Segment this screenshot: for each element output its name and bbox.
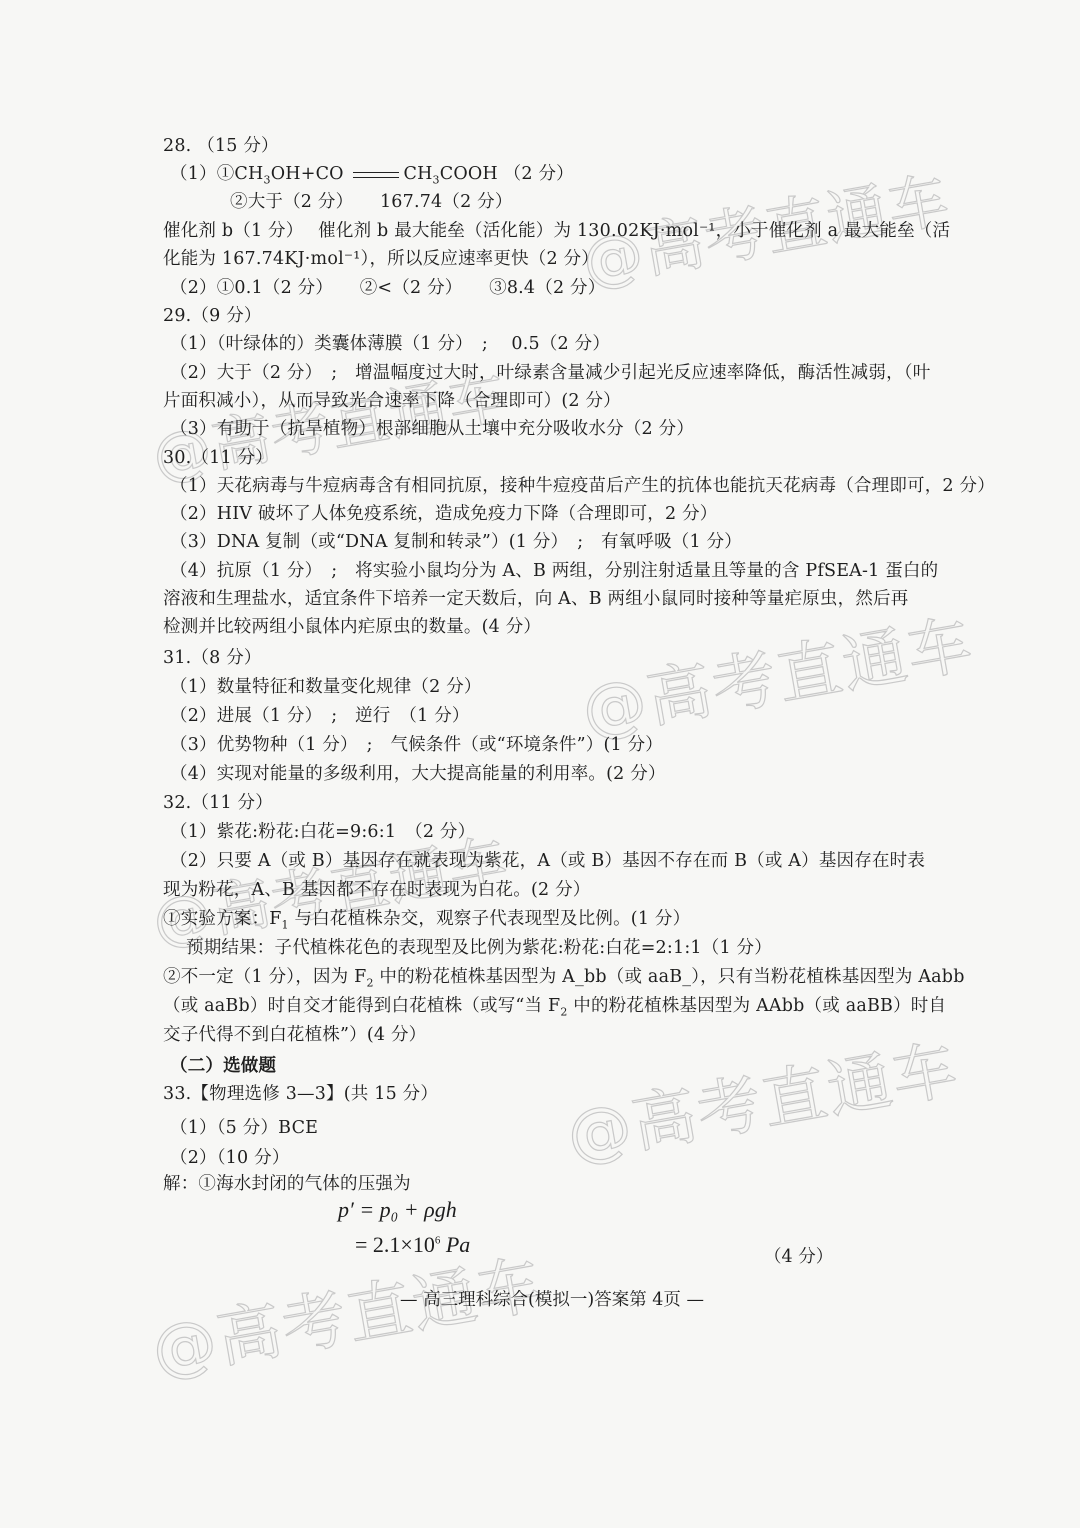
q29-part1: （1）（叶绿体的）类囊体薄膜（1 分） ; 0.5（2 分）	[170, 333, 610, 355]
q30-part1: （1）天花病毒与牛痘病毒含有相同抗原，接种牛痘疫苗后产生的抗体也能抗天花病毒（合…	[170, 475, 995, 497]
q33-score: （4 分）	[764, 1243, 833, 1268]
q32-part-b-line1: ②不一定（1 分），因为 F2 中的粉花植株基因型为 A_bb（或 aaB_），…	[163, 966, 965, 995]
equation-pressure: p′ = p₀ + ρgh	[338, 1197, 457, 1223]
q32-expected-result: 预期结果：子代植株花色的表现型及比例为紫花:粉花:白花=2:1:1（1 分）	[186, 937, 772, 959]
q33-part1: （1）（5 分）BCE	[170, 1117, 318, 1139]
q32-experiment-plan: ①实验方案：F1 与白花植株杂交，观察子代表现型及比例。(1 分）	[163, 908, 690, 937]
q31-part2: （2）进展（1 分） ; 逆行 （1 分）	[170, 705, 470, 727]
q28-catalyst-line1: 催化剂 b（1 分） 催化剂 b 最大能垒（活化能）为 130.02KJ·mol…	[163, 220, 950, 242]
q30-header: 30.（11 分）	[163, 447, 273, 469]
equation-result: = 2.1×106 Pa	[355, 1232, 470, 1258]
q30-part4-line3: 检测并比较两组小鼠体内疟原虫的数量。(4 分）	[163, 616, 541, 638]
q29-part2-line2: 片面积减小），从而导致光合速率下降（合理即可）(2 分）	[163, 390, 621, 412]
q30-part2: （2）HIV 破坏了人体免疫系统，造成免疫力下降（合理即可，2 分）	[170, 503, 718, 525]
q31-header: 31.（8 分）	[163, 647, 262, 669]
q32-part2-line2: 现为粉花，A、B 基因都不存在时表现为白花。(2 分）	[163, 879, 590, 901]
q28-header: 28. （15 分）	[163, 135, 279, 157]
q29-part3: （3）有助于（抗旱植物）根部细胞从土壤中充分吸收水分（2 分）	[170, 418, 694, 440]
q30-part3: （3）DNA 复制（或“DNA 复制和转录”）(1 分） ; 有氧呼吸（1 分）	[170, 531, 742, 553]
q33-solution-intro: 解：①海水封闭的气体的压强为	[163, 1173, 411, 1195]
q33-header: 33.【物理选修 3—3】(共 15 分）	[163, 1083, 438, 1105]
q28-part2: （2）①0.1（2 分） ②<（2 分） ③8.4（2 分）	[170, 277, 605, 299]
q28-part1-equation: （1）①CH3OH+CO CH3COOH （2 分）	[170, 163, 574, 192]
section-elective-heading: （二）选做题	[170, 1055, 276, 1077]
q30-part4-line2: 溶液和生理盐水，适宜条件下培养一定天数后，向 A、B 两组小鼠同时接种等量疟原虫…	[163, 588, 908, 610]
equilibrium-arrow-icon	[351, 168, 401, 182]
q28-catalyst-line2: 化能为 167.74KJ·mol⁻¹），所以反应速率更快（2 分）	[163, 248, 599, 270]
watermark: @高考直通车	[144, 1233, 550, 1392]
watermark: @高考直通车	[574, 593, 980, 752]
q28-part1-2: ②大于（2 分） 167.74（2 分）	[230, 191, 513, 213]
answer-sheet-page: @高考直通车 @高考直通车 @高考直通车 @高考直通车 @高考直通车 @高考直通…	[0, 0, 1080, 1528]
q32-part1: （1）紫花:粉花:白花=9:6:1 （2 分）	[170, 821, 475, 843]
q32-part2-line1: （2）只要 A（或 B）基因存在就表现为紫花，A（或 B）基因不存在而 B（或 …	[170, 850, 925, 872]
q30-part4-line1: （4）抗原（1 分） ; 将实验小鼠均分为 A、B 两组，分别注射适量且等量的含…	[170, 560, 938, 582]
q31-part1: （1）数量特征和数量变化规律（2 分）	[170, 676, 482, 698]
q33-part2: （2）（10 分）	[170, 1147, 290, 1169]
q32-part-b-line2: （或 aaBb）时自交才能得到白花植株（或写“当 F2 中的粉花植株基因型为 A…	[163, 995, 946, 1024]
q32-header: 32.（11 分）	[163, 792, 273, 814]
q31-part4: （4）实现对能量的多级利用，大大提高能量的利用率。(2 分）	[170, 763, 666, 785]
q31-part3: （3）优势物种（1 分） ; 气候条件（或“环境条件”）(1 分）	[170, 734, 663, 756]
watermark: @高考直通车	[559, 1018, 965, 1177]
q29-part2-line1: （2）大于（2 分） ; 增温幅度过大时，叶绿素含量减少引起光反应速率降低，酶活…	[170, 362, 930, 384]
q32-part-b-line3: 交子代得不到白花植株”）(4 分）	[163, 1024, 426, 1046]
page-footer: — 高三理科综合(模拟一)答案第 4页 —	[400, 1286, 704, 1311]
q29-header: 29.（9 分）	[163, 305, 262, 327]
